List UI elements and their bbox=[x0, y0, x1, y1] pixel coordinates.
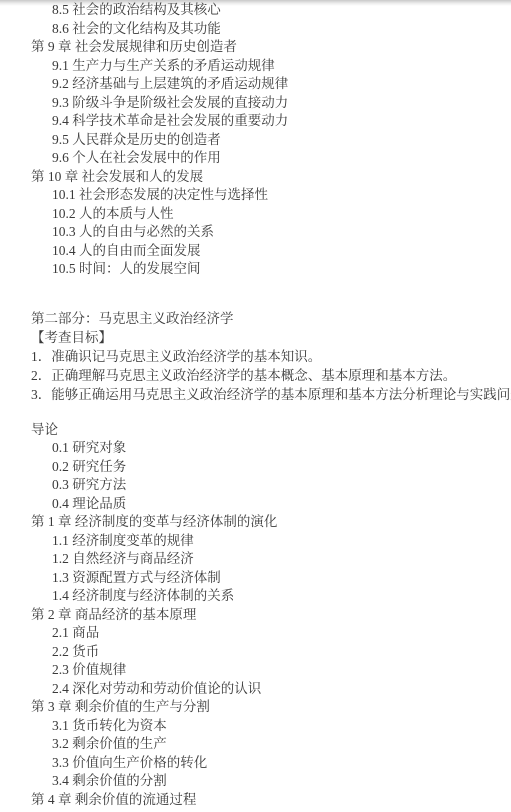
toc-chapter-line: 第 10 章 社会发展和人的发展 bbox=[0, 168, 511, 187]
toc-line: 10.3 人的自由与必然的关系 bbox=[0, 223, 511, 242]
toc-line: 1.4 经济制度与经济体制的关系 bbox=[0, 587, 511, 606]
toc-line: 1.3 资源配置方式与经济体制 bbox=[0, 569, 511, 588]
toc-line: 8.5 社会的政治结构及其核心 bbox=[0, 1, 511, 20]
exam-goals-header: 【考查目标】 bbox=[0, 328, 511, 347]
toc-line: 9.2 经济基础与上层建筑的矛盾运动规律 bbox=[0, 75, 511, 94]
toc-line: 10.5 时间：人的发展空间 bbox=[0, 260, 511, 279]
toc-part1: 8.5 社会的政治结构及其核心 8.6 社会的文化结构及其功能 第 9 章 社会… bbox=[0, 1, 511, 279]
toc-chapter-line: 第 1 章 经济制度的变革与经济体制的演化 bbox=[0, 513, 511, 532]
toc-chapter-line: 第 9 章 社会发展规律和历史创造者 bbox=[0, 38, 511, 57]
toc-line: 10.1 社会形态发展的决定性与选择性 bbox=[0, 186, 511, 205]
toc-chapter-line: 第 2 章 商品经济的基本原理 bbox=[0, 606, 511, 625]
toc-chapter-line: 导论 bbox=[0, 421, 511, 440]
toc-line: 2.4 深化对劳动和劳动价值论的认识 bbox=[0, 680, 511, 699]
toc-line: 9.4 科学技术革命是社会发展的重要动力 bbox=[0, 112, 511, 131]
toc-line: 0.3 研究方法 bbox=[0, 476, 511, 495]
toc-line: 1.1 经济制度变革的规律 bbox=[0, 532, 511, 551]
toc-line: 9.5 人民群众是历史的创造者 bbox=[0, 131, 511, 150]
toc-line: 2.1 商品 bbox=[0, 624, 511, 643]
toc-line: 10.4 人的自由而全面发展 bbox=[0, 242, 511, 261]
toc-part2: 导论 0.1 研究对象 0.2 研究任务 0.3 研究方法 0.4 理论品质 第… bbox=[0, 421, 511, 810]
toc-line: 9.6 个人在社会发展中的作用 bbox=[0, 149, 511, 168]
toc-chapter-line: 第 4 章 剩余价值的流通过程 bbox=[0, 791, 511, 810]
toc-line: 8.6 社会的文化结构及其功能 bbox=[0, 20, 511, 39]
toc-line: 2.3 价值规律 bbox=[0, 661, 511, 680]
toc-line: 0.4 理论品质 bbox=[0, 495, 511, 514]
part2-header-section: 第二部分：马克思主义政治经济学 【考查目标】 1．准确识记马克思主义政治经济学的… bbox=[0, 309, 511, 404]
toc-line: 10.2 人的本质与人性 bbox=[0, 205, 511, 224]
toc-line: 1.2 自然经济与商品经济 bbox=[0, 550, 511, 569]
toc-line: 3.1 货币转化为资本 bbox=[0, 717, 511, 736]
document-page: 8.5 社会的政治结构及其核心 8.6 社会的文化结构及其功能 第 9 章 社会… bbox=[0, 0, 511, 809]
goal-item: 2．正确理解马克思主义政治经济学的基本概念、基本原理和基本方法。 bbox=[0, 366, 511, 385]
toc-line: 9.3 阶级斗争是阶级社会发展的直接动力 bbox=[0, 94, 511, 113]
part2-heading: 第二部分：马克思主义政治经济学 bbox=[0, 309, 511, 328]
toc-line: 3.4 剩余价值的分割 bbox=[0, 772, 511, 791]
goal-item: 1．准确识记马克思主义政治经济学的基本知识。 bbox=[0, 347, 511, 366]
toc-line: 2.2 货币 bbox=[0, 643, 511, 662]
toc-line: 9.1 生产力与生产关系的矛盾运动规律 bbox=[0, 57, 511, 76]
toc-chapter-line: 第 3 章 剩余价值的生产与分割 bbox=[0, 698, 511, 717]
toc-line: 0.1 研究对象 bbox=[0, 439, 511, 458]
toc-line: 0.2 研究任务 bbox=[0, 458, 511, 477]
toc-line: 3.3 价值向生产价格的转化 bbox=[0, 754, 511, 773]
toc-line: 3.2 剩余价值的生产 bbox=[0, 735, 511, 754]
goal-item: 3．能够正确运用马克思主义政治经济学的基本原理和基本方法分析理论与实践问题。 bbox=[0, 385, 511, 404]
